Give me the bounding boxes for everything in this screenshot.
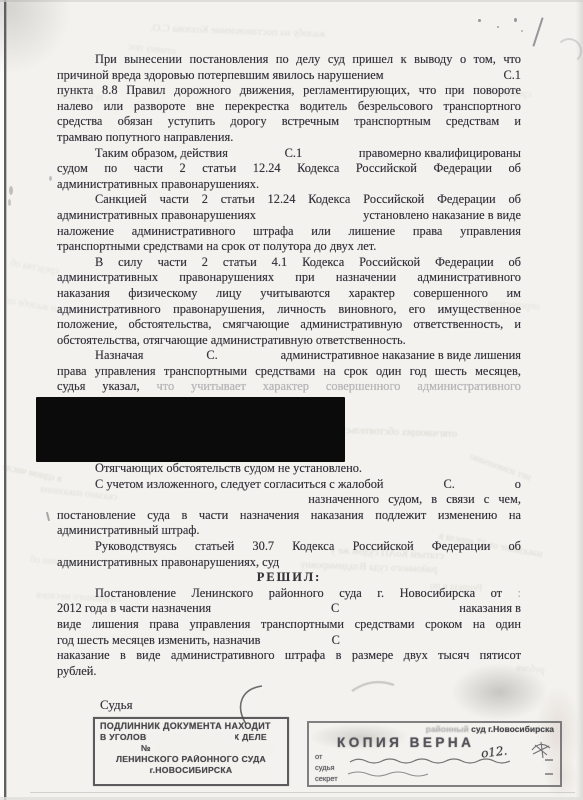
doc-line-part: о [515, 477, 521, 493]
doc-line-part: административное наказание в виде лишени… [281, 348, 521, 364]
doc-line-part: С. [443, 477, 454, 493]
doc-line: наложение административного штрафа или л… [57, 224, 521, 240]
stamp-court-name-dim: районный [426, 724, 469, 734]
doc-line: С учетом изложенного, следует согласитьс… [57, 477, 521, 493]
doc-line-part: 2012 года в части назначения [57, 601, 211, 617]
stamp-court-name-rest: суд г.Новосибирска [471, 724, 554, 734]
judge-signature-label: Судья [100, 697, 133, 713]
doc-line: транспортными средствами на срок от полу… [57, 239, 521, 255]
doc-line-part: причиной вреда здоровью потерпевшим явил… [57, 68, 384, 84]
doc-line: административного правонарушения, личнос… [57, 302, 521, 318]
doc-line: Руководствуясь статьей 30.7 Кодекса Росс… [57, 539, 521, 555]
bleedthrough-text: средства об [9, 258, 59, 277]
bleedthrough-text: в одном числе [2, 462, 63, 485]
stamp-copy-verna: районный суд г.Новосибирска КОПИЯ ВЕРНА … [307, 721, 562, 787]
doc-line: В силу части 2 статьи 4.1 Кодекса Россий… [57, 255, 521, 271]
bleedthrough-text: по жалобе от [5, 296, 61, 316]
scan-bottom-line [30, 792, 575, 793]
redaction-black-box [36, 397, 345, 462]
doc-line: Постановление Ленинского районного суда … [57, 586, 521, 602]
scanned-court-document: жалобу на постановление Козлова С.О.отме… [0, 0, 583, 800]
pen-stroke [532, 17, 543, 46]
stamp-field-sekretar: секрет [315, 774, 338, 783]
doc-line: 2012 года в части назначенияСнаказания в [57, 601, 521, 617]
doc-line-part: установлено наказание в виде [363, 208, 521, 224]
doc-line-part: судья указал, [57, 379, 140, 393]
doc-line: трамваю попутного направления. [57, 130, 521, 146]
doc-line-part: Постановление Ленинского районного суда … [95, 586, 502, 600]
doc-line-part: : [518, 586, 521, 600]
doc-line-part: административных правонарушениях [57, 208, 256, 224]
ink-speck [478, 19, 481, 22]
doc-line: судья указал, что учитывает характер сов… [57, 379, 521, 395]
ink-speck [49, 176, 52, 181]
bleedthrough-text: жалобу на постановление Козлова С.О. [150, 23, 326, 40]
scan-right-edge [576, 0, 583, 800]
doc-line: административных правонарушенияхустановл… [57, 208, 521, 224]
ink-speck [8, 199, 11, 206]
stamp-dash [545, 773, 553, 775]
stamp-line: ПОДЛИННИК ДОКУМЕНТА НАХОДИТ [95, 721, 287, 732]
doc-line: постановление суда в части назначения на… [57, 508, 521, 524]
stamp-field-sudya: судья [315, 763, 335, 772]
pen-stroke [46, 512, 50, 521]
whiteout-correction [147, 732, 235, 743]
doc-line: наказание в виде административного штраф… [57, 648, 521, 664]
doc-line-part: правомерно квалифицированы [359, 146, 521, 162]
doc-line: При вынесении постановления по делу суд … [57, 52, 521, 68]
doc-line: средства обязан уступить дорогу встречны… [57, 114, 521, 130]
doc-line: причиной вреда здоровью потерпевшим явил… [57, 68, 521, 84]
handwritten-number: о12. [480, 743, 508, 760]
doc-line-part: С.1 [285, 146, 303, 162]
doc-line-part: С [331, 601, 339, 617]
document-text: При вынесении постановления по делу суд … [57, 52, 521, 679]
whiteout-correction [155, 743, 275, 755]
doc-line: права управления транспортными средствам… [57, 364, 521, 380]
ink-speck [497, 26, 499, 28]
stamp-title: КОПИЯ ВЕРНА [337, 735, 474, 750]
doc-line-part: С учетом изложенного, следует согласитьс… [95, 477, 384, 493]
pen-smudge-arc [352, 682, 394, 691]
doc-line-part: С. [206, 348, 217, 364]
stamp-original-location: ПОДЛИННИК ДОКУМЕНТА НАХОДИТ В УГОЛОВНЫХ … [93, 717, 289, 786]
doc-line: РЕШИЛ: [57, 570, 521, 586]
doc-line: административных правонарушениях, суд [57, 555, 521, 571]
doc-line: административный штраф. [57, 523, 521, 539]
doc-line: обстоятельства, отягчающие административ… [57, 333, 521, 349]
doc-line: НазначаяС.административное наказание в в… [57, 348, 521, 364]
doc-line: Санкцией части 2 статьи 12.24 Кодекса Ро… [57, 192, 521, 208]
judge-label: Судья [100, 697, 133, 712]
doc-line-part: Таким образом, действия [95, 146, 228, 162]
doc-line: административных правонарушениях при наз… [57, 270, 521, 286]
doc-line: Отягчающих обстоятельств судом не устано… [57, 461, 521, 477]
ink-arc [556, 38, 582, 64]
doc-line: судом по части 2 статьи 12.24 Кодекса Ро… [57, 161, 521, 177]
doc-line: Таким образом, действияС.1правомерно ква… [57, 146, 521, 162]
doc-line: рублей. [57, 664, 521, 680]
doc-line: налево или развороте вне перекрестка вод… [57, 99, 521, 115]
doc-line: виде лишения права управления транспортн… [57, 617, 521, 633]
ink-speck [514, 18, 517, 22]
doc-line: год шесть месяцев изменить, назначивС [57, 633, 521, 649]
doc-line: наказания физическому лицу учитываются х… [57, 286, 521, 302]
doc-line: назначенного судом, в связи с чем, [57, 492, 521, 508]
stamp-line: ЛЕНИНСКОГО РАЙОННОГО СУДА [95, 754, 287, 765]
doc-line-part: С [332, 633, 340, 649]
stamp-field-ot: от [315, 752, 322, 761]
doc-line-part: год шесть месяцев изменить, назначив [57, 633, 261, 649]
doc-line: административных правонарушениях. [57, 177, 521, 193]
doc-line-part: наказания в [459, 601, 521, 617]
doc-line-part: что учитывает характер совершенного адми… [156, 379, 521, 393]
doc-line: положение, обстоятельства, смягчающие ад… [57, 317, 521, 333]
scan-top-edge [0, 0, 583, 2]
doc-line-part: С.1 [503, 68, 521, 84]
doc-line: пункта 8.8 Правил дорожного движения, ре… [57, 83, 521, 99]
stamp-court-name: районный суд г.Новосибирска [309, 724, 560, 734]
stamp-line: г.НОВОСИБИРСКА [95, 765, 287, 776]
scan-edge-shadow [6, 0, 7, 800]
ink-speck [521, 30, 523, 32]
doc-line-part [411, 633, 521, 649]
ink-speck [9, 186, 13, 195]
stamp-dash [545, 759, 553, 761]
doc-line-part: Назначая [95, 348, 143, 364]
